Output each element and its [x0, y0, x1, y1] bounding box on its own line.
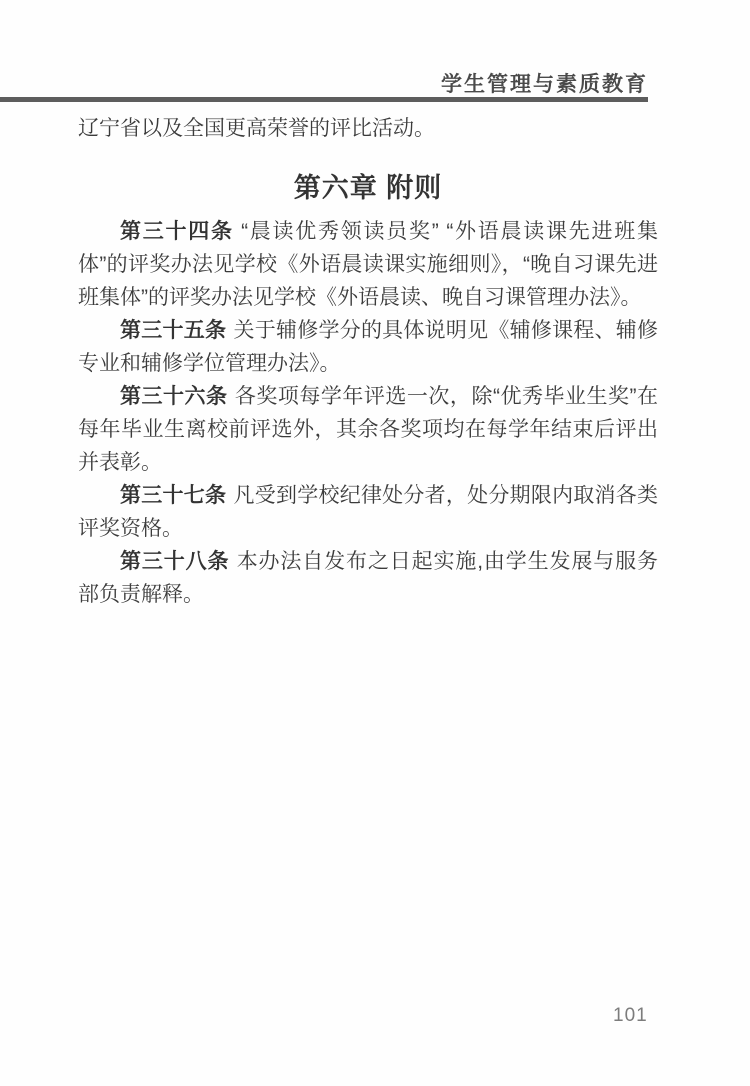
- continuation-paragraph: 辽宁省以及全国更高荣誉的评比活动。: [78, 112, 658, 145]
- article-paragraph: 第三十四条“晨读优秀领读员奖” “外语晨读课先进班集体”的评奖办法见学校《外语晨…: [78, 215, 658, 314]
- article-label: 第三十四条: [120, 220, 234, 243]
- article-label: 第三十五条: [120, 319, 226, 342]
- chapter-title: 第六章 附则: [78, 171, 658, 205]
- article-paragraph: 第三十五条关于辅修学分的具体说明见《辅修课程、辅修专业和辅修学位管理办法》。: [78, 314, 658, 380]
- document-page: 学生管理与素质教育 辽宁省以及全国更高荣誉的评比活动。 第六章 附则 第三十四条…: [0, 0, 750, 1086]
- article-label: 第三十八条: [120, 550, 229, 573]
- article-paragraph: 第三十七条凡受到学校纪律处分者，处分期限内取消各类评奖资格。: [78, 479, 658, 545]
- article-paragraph: 第三十八条本办法自发布之日起实施,由学生发展与服务部负责解释。: [78, 545, 658, 611]
- article-paragraph: 第三十六条各奖项每学年评选一次，除“优秀毕业生奖”在每年毕业生离校前评选外，其余…: [78, 380, 658, 479]
- header-rule: [0, 97, 648, 102]
- running-header: 学生管理与素质教育: [0, 68, 648, 98]
- page-number: 101: [613, 1005, 648, 1027]
- article-label: 第三十六条: [120, 385, 228, 408]
- article-label: 第三十七条: [120, 484, 226, 507]
- running-header-title: 学生管理与素质教育: [441, 73, 648, 96]
- page-content: 辽宁省以及全国更高荣誉的评比活动。 第六章 附则 第三十四条“晨读优秀领读员奖”…: [78, 112, 658, 611]
